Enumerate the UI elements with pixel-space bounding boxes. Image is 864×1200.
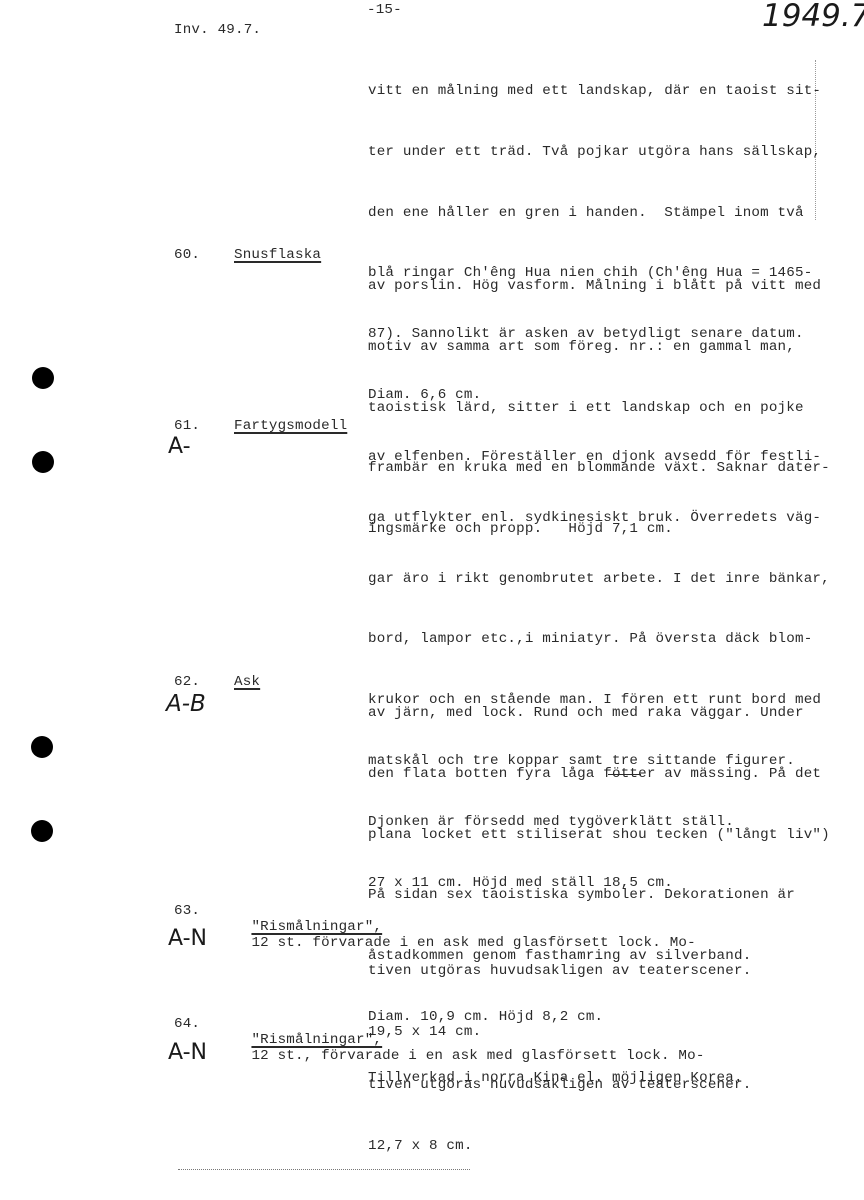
entry-number: 64. <box>174 1016 200 1032</box>
entry-number: 62. <box>174 674 200 690</box>
text-line: tiven utgöras huvudsakligen av teatersce… <box>368 957 751 986</box>
handwritten-mark: A-N <box>168 926 207 951</box>
punch-hole <box>31 820 53 842</box>
entry-title-text: "Rismålningar", <box>251 1032 382 1048</box>
page-number: -15- <box>367 2 402 18</box>
entry-number: 61. <box>174 418 200 434</box>
footer-rule <box>178 1169 470 1170</box>
text-line: tiven utgöras huvudsakligen av teatersce… <box>368 1071 751 1100</box>
text-line: den ene håller en gren i handen. Stämpel… <box>368 199 821 228</box>
punch-hole <box>32 451 54 473</box>
text-line: av järn, med lock. Rund och med raka väg… <box>368 699 830 728</box>
text-line: motiv av samma art som föreg. nr.: en ga… <box>368 333 830 362</box>
text-line: den flata botten fyra låga fötter av mäs… <box>368 760 830 789</box>
text-line: plana locket ett stiliserat shou tecken … <box>368 821 830 850</box>
handwritten-mark: A-B <box>166 691 206 717</box>
punch-hole <box>31 736 53 758</box>
punch-hole <box>32 367 54 389</box>
handwritten-id: 1949.7 <box>762 0 864 34</box>
text-line: ga utflykter enl. sydkinesiskt bruk. Öve… <box>368 504 830 533</box>
entry-number: 60. <box>174 247 200 263</box>
handwritten-mark: A-N <box>168 1040 207 1065</box>
entry-number: 63. <box>174 903 200 919</box>
text-line: av porslin. Hög vasform. Målning i blått… <box>368 272 830 301</box>
text-line: 12,7 x 8 cm. <box>368 1132 751 1161</box>
shou-underline <box>608 774 641 775</box>
entry-title-text: "Rismålningar", <box>251 919 382 935</box>
text-line: av elfenben. Föreställer en djonk avsedd… <box>368 443 830 472</box>
handwritten-mark: A- <box>168 434 191 459</box>
text-line: vitt en målning med ett landskap, där en… <box>368 77 821 106</box>
entry-title: Snusflaska <box>234 247 321 263</box>
text-line: bord, lampor etc.,i miniatyr. På översta… <box>368 625 830 654</box>
text-line: ter under ett träd. Två pojkar utgöra ha… <box>368 138 821 167</box>
entry-title: Fartygsmodell <box>234 418 347 434</box>
entry-description: tiven utgöras huvudsakligen av teatersce… <box>368 1039 751 1177</box>
text-line: gar äro i rikt genombrutet arbete. I det… <box>368 565 830 594</box>
inventory-number: Inv. 49.7. <box>174 22 261 38</box>
entry-title: Ask <box>234 674 260 690</box>
